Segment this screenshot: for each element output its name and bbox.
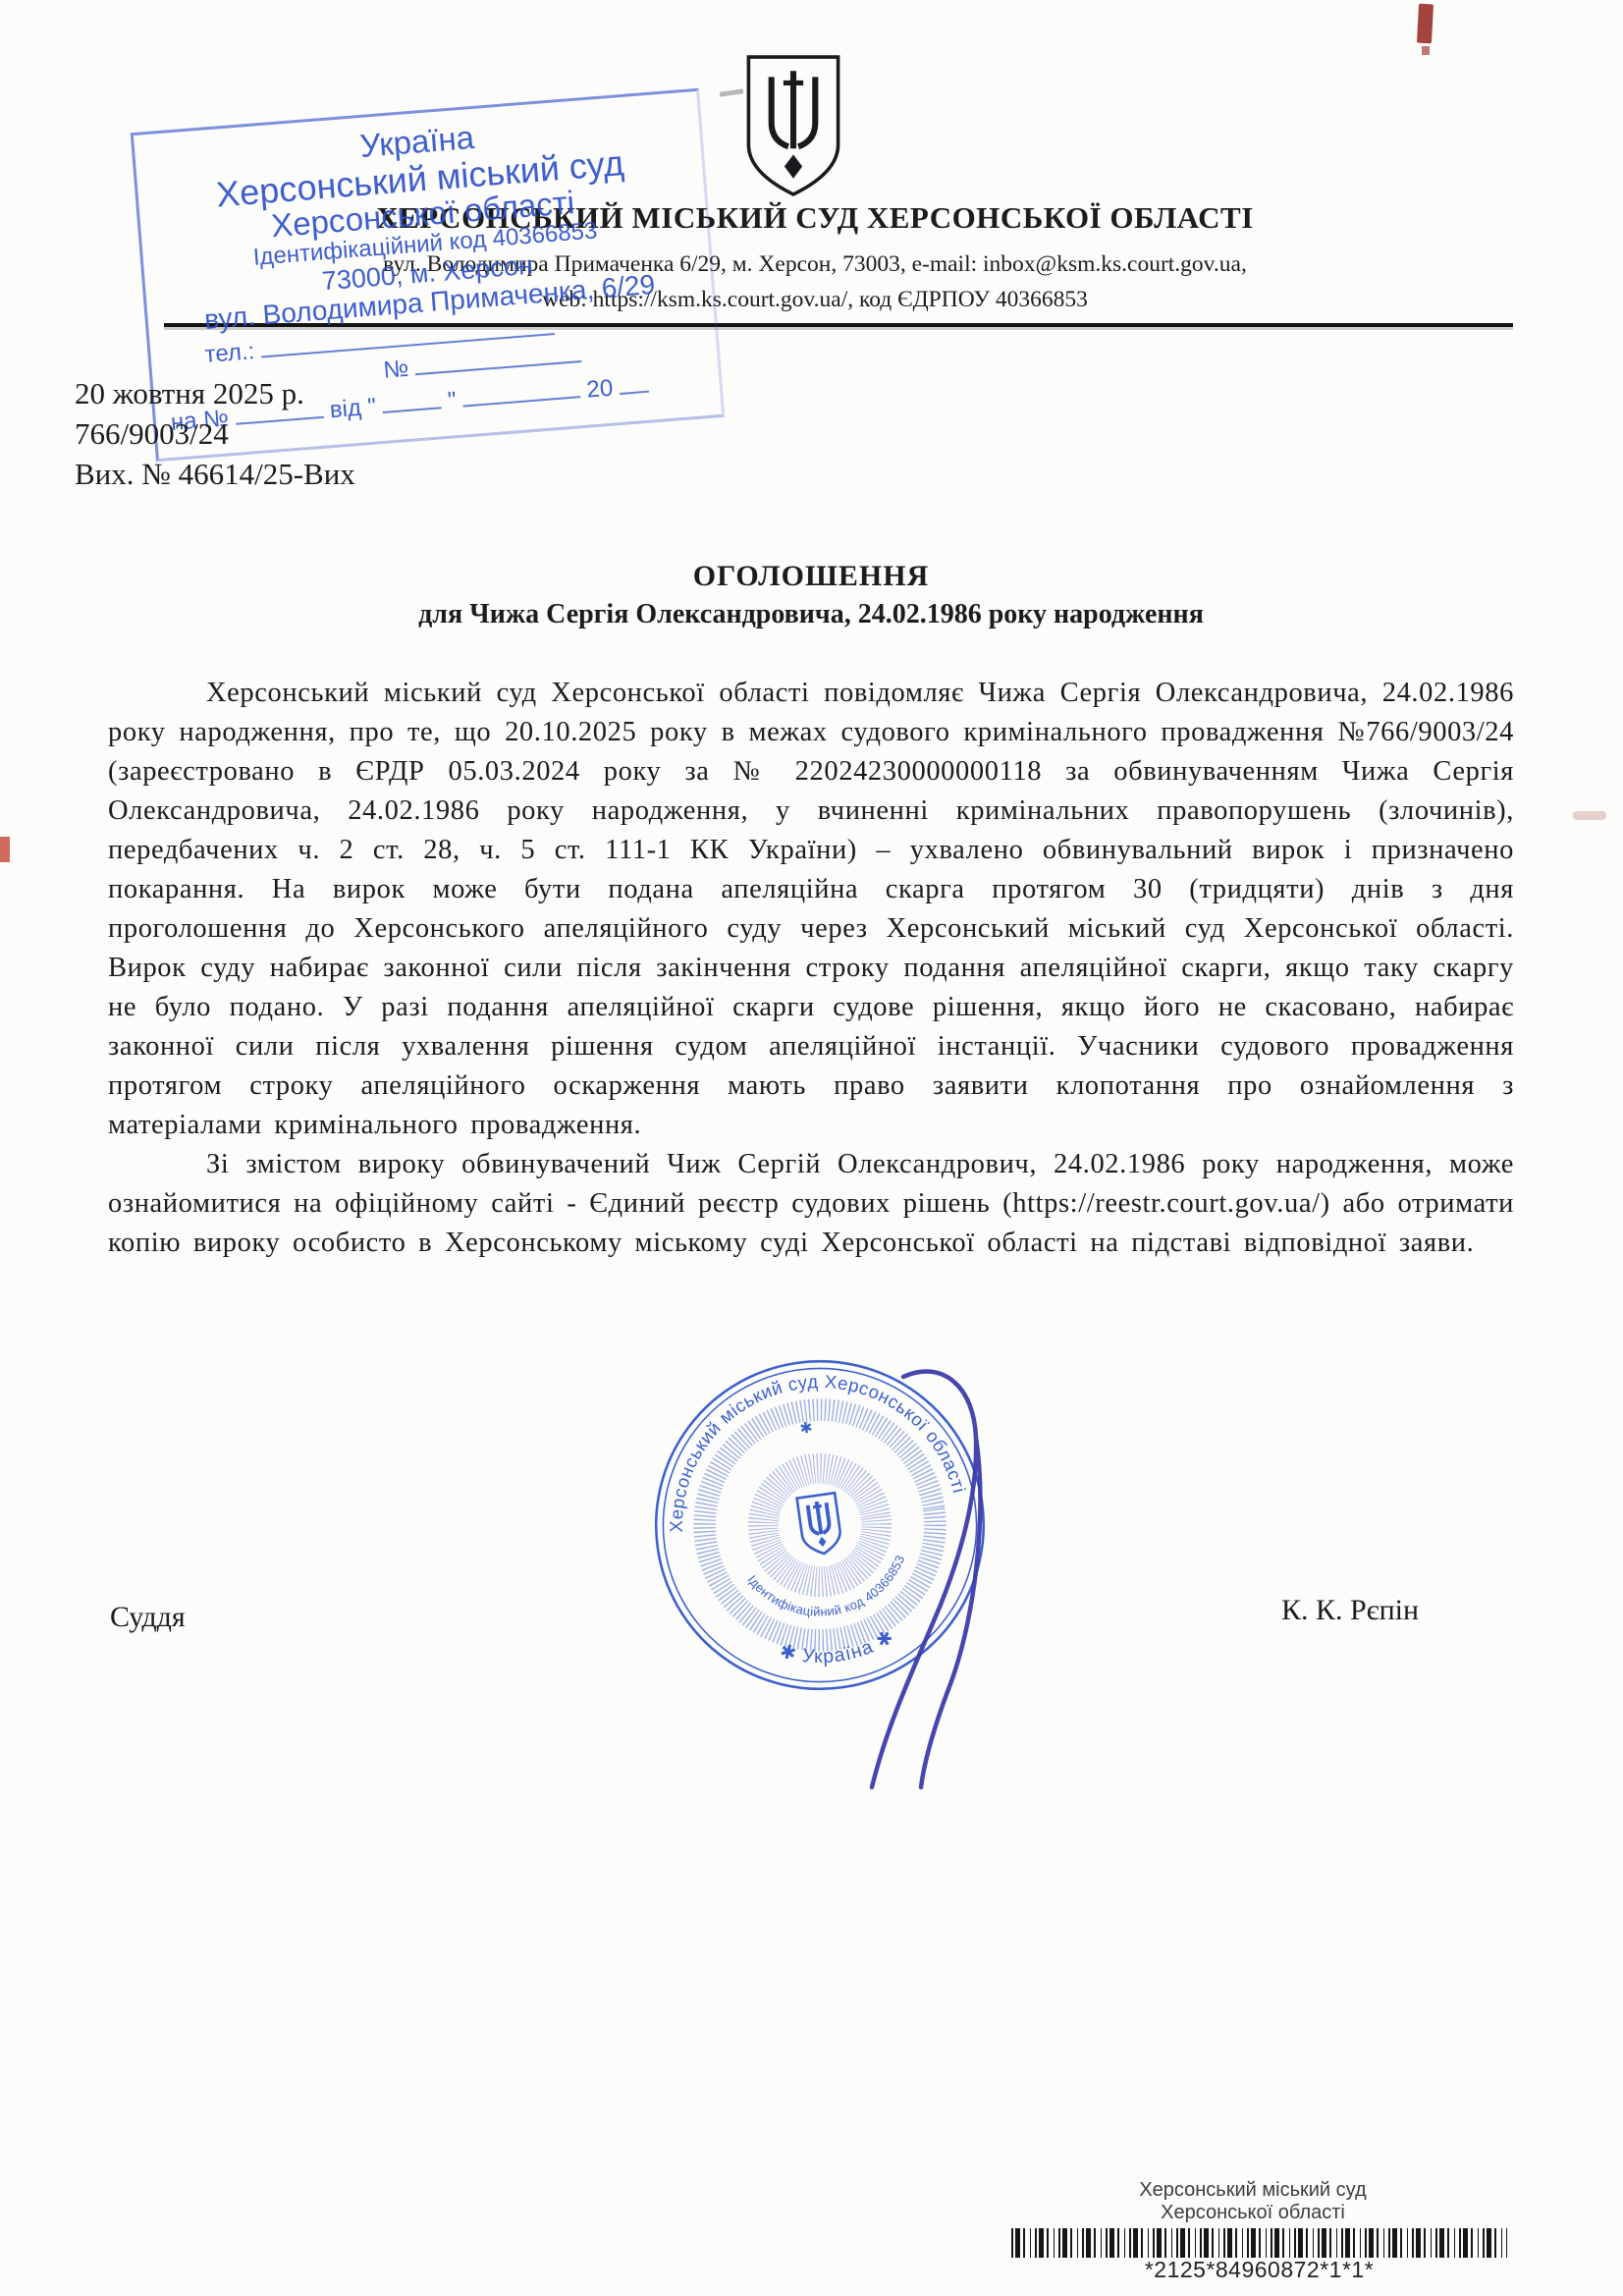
announcement-subtitle: для Чижа Сергія Олександровича, 24.02.19… <box>108 599 1514 630</box>
barcode-text: *2125*84960872*1*1* <box>1011 2257 1507 2283</box>
code39-barcode <box>1011 2228 1507 2258</box>
stamp-no-label: № <box>382 355 409 384</box>
announcement-body: Херсонський міський суд Херсонської обла… <box>108 674 1514 1263</box>
document-date: 20 жовтня 2025 р. <box>75 376 304 411</box>
stamp-quote-open: " <box>366 394 377 421</box>
ukraine-trident-emblem <box>738 51 848 200</box>
body-paragraph-1: Херсонський міський суд Херсонської обла… <box>108 674 1514 1145</box>
pen-signature <box>805 1343 1060 1815</box>
case-number: 766/9003/24 <box>75 416 229 452</box>
stamp-blank-line <box>382 387 443 413</box>
stamp-tel-label: тел.: <box>204 338 256 368</box>
outgoing-number: Вих. № 46614/25-Вих <box>75 457 355 492</box>
scan-artifact-top-right <box>1417 4 1434 44</box>
scan-artifact-left-edge <box>0 837 10 862</box>
announcement-title: ОГОЛОШЕННЯ <box>108 560 1514 593</box>
footer-court-line-2: Херсонської області <box>1007 2202 1498 2224</box>
footer-court-line-1: Херсонський міський суд <box>1007 2179 1498 2202</box>
judge-role-label: Суддя <box>110 1601 186 1634</box>
scan-artifact-right-edge <box>1573 811 1606 820</box>
stamp-blank-line <box>461 376 580 407</box>
body-paragraph-2: Зі змістом вироку обвинувачений Чиж Серг… <box>108 1145 1514 1263</box>
stamp-year-prefix: 20 <box>586 375 615 404</box>
stamp-vid-label: від <box>329 395 362 423</box>
judge-name: К. К. Рєпін <box>1281 1594 1419 1627</box>
stamp-quote-close: " <box>447 387 458 414</box>
stamp-blank-line <box>619 371 650 395</box>
scanned-court-document: ХЕРСОНСЬКИЙ МІСЬКИЙ СУД ХЕРСОНСЬКОЇ ОБЛА… <box>0 0 1623 2296</box>
scan-artifact-top-right-small <box>1422 46 1430 55</box>
